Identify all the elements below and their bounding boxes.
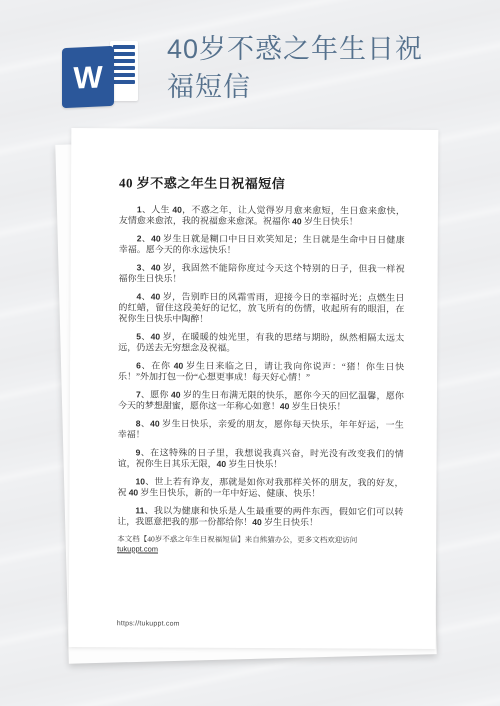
document-paragraph: 9、在这特殊的日子里，我想说我真兴奋，时光没有改变我们的情谊，祝你生日其乐无限，… xyxy=(118,447,404,470)
document-body: 40 岁不惑之年生日祝福短信 1、人生 40，不惑之年，让人觉得岁月愈来愈短，生… xyxy=(117,172,405,555)
page-footer-url: https://tukuppt.com xyxy=(117,620,180,627)
word-icon-page-lines xyxy=(110,41,138,101)
document-paragraph: 3、40 岁，我固然不能陪你度过今天这个特别的日子，但我一样祝福你生日快乐！ xyxy=(119,262,405,285)
document-paragraph: 5、40 岁，在暖暖的烛光里，有我的思绪与期盼，纵然相隔太远太远，仍送去无穷想念… xyxy=(118,331,404,354)
document-paragraph: 11、我以为健康和快乐是人生最重要的两件东西，假如它们可以转让，我愿意把我的那一… xyxy=(117,505,403,528)
document-paragraph: 2、40 岁生日就是糊口中日日欢笑知足；生日就是生命中日日健康幸福。愿今天的你永… xyxy=(119,233,405,256)
document-title: 40 岁不惑之年生日祝福短信 xyxy=(119,172,405,192)
word-icon-panel: W xyxy=(62,46,114,108)
document-paragraphs: 1、人生 40，不惑之年，让人觉得岁月愈来愈短，生日愈来愈快，友情愈来愈浓，我的… xyxy=(117,204,405,528)
document-paragraph: 7、愿你 40 岁的生日布满无限的快乐，愿你今天的回忆温馨，愿你今天的梦想甜蜜，… xyxy=(118,389,404,412)
document-paragraph: 1、人生 40，不惑之年，让人觉得岁月愈来愈短，生日愈来愈快，友情愈来愈浓，我的… xyxy=(119,204,405,227)
word-file-icon: W xyxy=(62,40,138,110)
page-title: 40岁不惑之年生日祝福短信 xyxy=(167,30,429,106)
document-paragraph: 6、在你 40 岁生日来临之日，请让我向你说声：“猪！你生日快乐！”外加打包一份… xyxy=(118,360,404,383)
document-paragraph: 10、世上若有诤友，那就是如你对我那样关怀的朋友，我的好友，祝 40 岁生日快乐… xyxy=(117,476,403,499)
document-paragraph: 8、40 岁生日快乐，亲爱的朋友，愿你每天快乐，年年好运，一生幸福！ xyxy=(118,418,404,441)
source-note: 本文档【40岁不惑之年生日祝福短信】来自熊猫办公，更多文档欢迎访问 xyxy=(117,534,403,545)
source-link[interactable]: tukuppt.com xyxy=(117,544,403,555)
word-icon-letter: W xyxy=(73,61,102,93)
paper-sheet-main: 40 岁不惑之年生日祝福短信 1、人生 40，不惑之年，让人觉得岁月愈来愈短，生… xyxy=(69,128,439,649)
document-paragraph: 4、40 岁，告别昨日的风霜雪雨，迎接今日的幸福时光；点燃生日的红蜡，留住这段美… xyxy=(118,291,404,325)
